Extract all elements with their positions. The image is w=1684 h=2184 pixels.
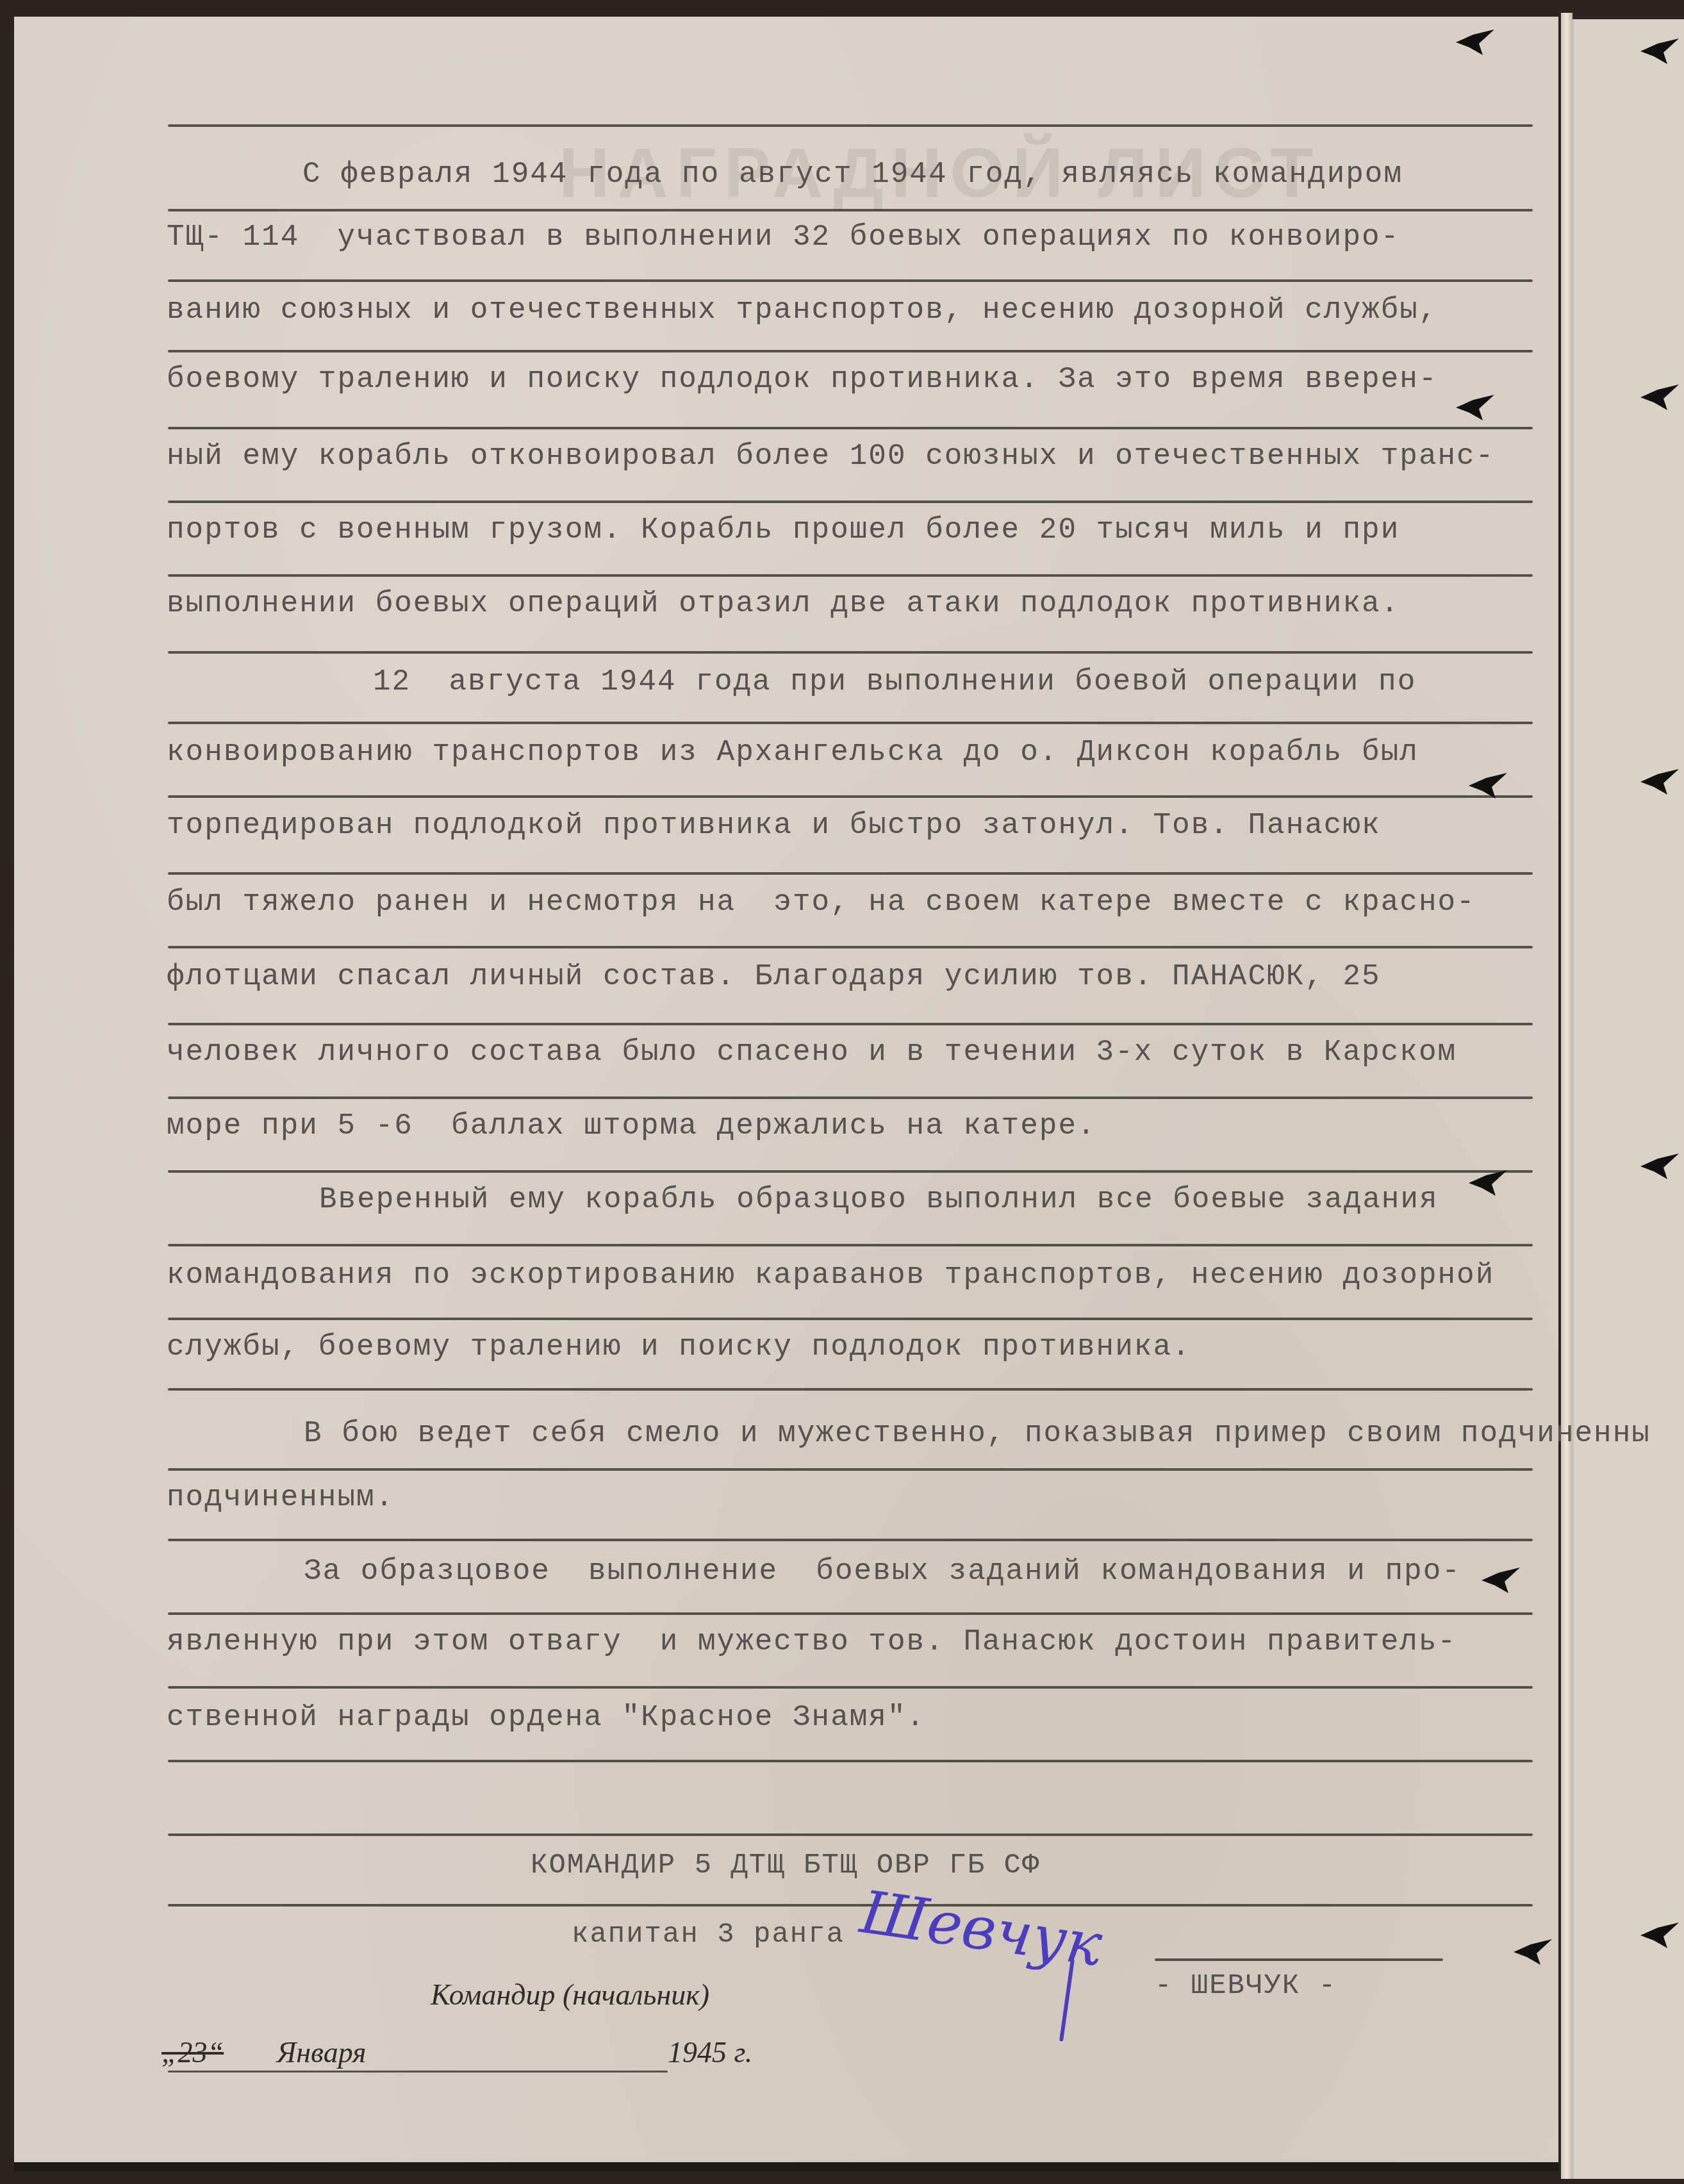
ruled-line xyxy=(168,1612,1533,1615)
commander-rank: капитан 3 ранга xyxy=(572,1919,845,1951)
ruled-line xyxy=(168,1244,1533,1246)
ruled-line xyxy=(168,1388,1533,1391)
handwritten-signature: Шевчук xyxy=(856,1878,1106,1980)
punch-hole xyxy=(1514,1939,1552,1965)
ruled-line xyxy=(168,279,1533,282)
text-line: Вверенный ему корабль образцово выполнил… xyxy=(319,1183,1439,1216)
ruled-line xyxy=(168,1318,1533,1320)
ruled-line xyxy=(168,1539,1533,1541)
text-line: флотцами спасал личный состав. Благодаря… xyxy=(167,960,1381,993)
text-line: боевому тралению и поиску подлодок проти… xyxy=(167,363,1438,396)
ruled-line xyxy=(168,1760,1533,1762)
text-line: командования по эскортированию караванов… xyxy=(167,1259,1494,1292)
text-line: подчиненным. xyxy=(167,1481,394,1514)
text-line: был тяжело ранен и несмотря на это, на с… xyxy=(167,886,1476,919)
date-month: Января xyxy=(277,2035,366,2069)
text-line: С февраля 1944 года по август 1944 год, … xyxy=(302,158,1403,191)
text-line: человек личного состава было спасено и в… xyxy=(167,1036,1457,1069)
commander-label: Командир (начальник) xyxy=(431,1978,709,2012)
text-line: выполнении боевых операций отразил две а… xyxy=(167,587,1399,620)
date-year: 1945 г. xyxy=(668,2035,752,2069)
text-line: явленную при этом отвагу и мужество тов.… xyxy=(167,1625,1457,1659)
ruled-line xyxy=(168,1833,1533,1836)
ruled-line xyxy=(168,350,1533,352)
ruled-line xyxy=(168,795,1533,798)
text-line: море при 5 -6 баллах шторма держались на… xyxy=(167,1109,1096,1143)
text-line: ственной награды ордена "Красное Знамя". xyxy=(167,1701,925,1734)
ruled-line xyxy=(168,1170,1533,1173)
ruled-line xyxy=(168,722,1533,724)
punch-hole xyxy=(1456,29,1494,55)
award-sheet-page: НАГРАДНОЙ ЛИСТ С февраля 1944 года по ав… xyxy=(14,17,1558,2165)
ruled-line xyxy=(168,124,1533,127)
text-line: За образцовое выполнение боевых заданий … xyxy=(304,1555,1461,1588)
ruled-line xyxy=(168,209,1533,211)
ruled-line xyxy=(1155,1958,1443,1961)
text-line: торпедирован подлодкой противника и быст… xyxy=(167,809,1381,842)
ruled-line xyxy=(168,1468,1533,1471)
punch-hole xyxy=(1456,395,1494,420)
ruled-line xyxy=(168,1023,1533,1025)
text-line: портов с военным грузом. Корабль прошел … xyxy=(167,513,1399,547)
date-underline xyxy=(168,2071,668,2072)
text-line: ный ему корабль отконвоировал более 100 … xyxy=(167,440,1494,473)
ruled-line xyxy=(168,946,1533,948)
punch-hole xyxy=(1469,1170,1507,1196)
adjacent-page-strip xyxy=(1571,19,1684,2179)
text-line: конвоированию транспортов из Архангельск… xyxy=(167,736,1419,769)
ruled-line xyxy=(168,1686,1533,1689)
text-line: ТЩ- 114 участвовал в выполнении 32 боевы… xyxy=(167,220,1399,254)
ruled-line xyxy=(168,574,1533,577)
text-line: службы, боевому тралению и поиску подлод… xyxy=(167,1330,1191,1364)
ruled-line xyxy=(168,651,1533,654)
ruled-line xyxy=(168,427,1533,429)
page-edge xyxy=(14,2162,1558,2171)
commander-position: КОМАНДИР 5 ДТЩ БТЩ ОВР ГБ СФ xyxy=(531,1849,1040,1882)
ruled-line xyxy=(168,1096,1533,1099)
ruled-line xyxy=(168,872,1533,875)
text-line: ванию союзных и отечественных транспорто… xyxy=(167,294,1438,327)
text-line: В бою ведет себя смело и мужественно, по… xyxy=(304,1417,1651,1450)
date-day: „23“ xyxy=(161,2035,224,2069)
commander-name: - ШЕВЧУК - xyxy=(1155,1970,1337,2002)
punch-hole xyxy=(1482,1568,1520,1593)
punch-hole xyxy=(1469,773,1507,798)
text-line: 12 августа 1944 года при выполнении боев… xyxy=(373,665,1416,699)
ruled-line xyxy=(168,1904,1533,1907)
ruled-line xyxy=(168,500,1533,503)
